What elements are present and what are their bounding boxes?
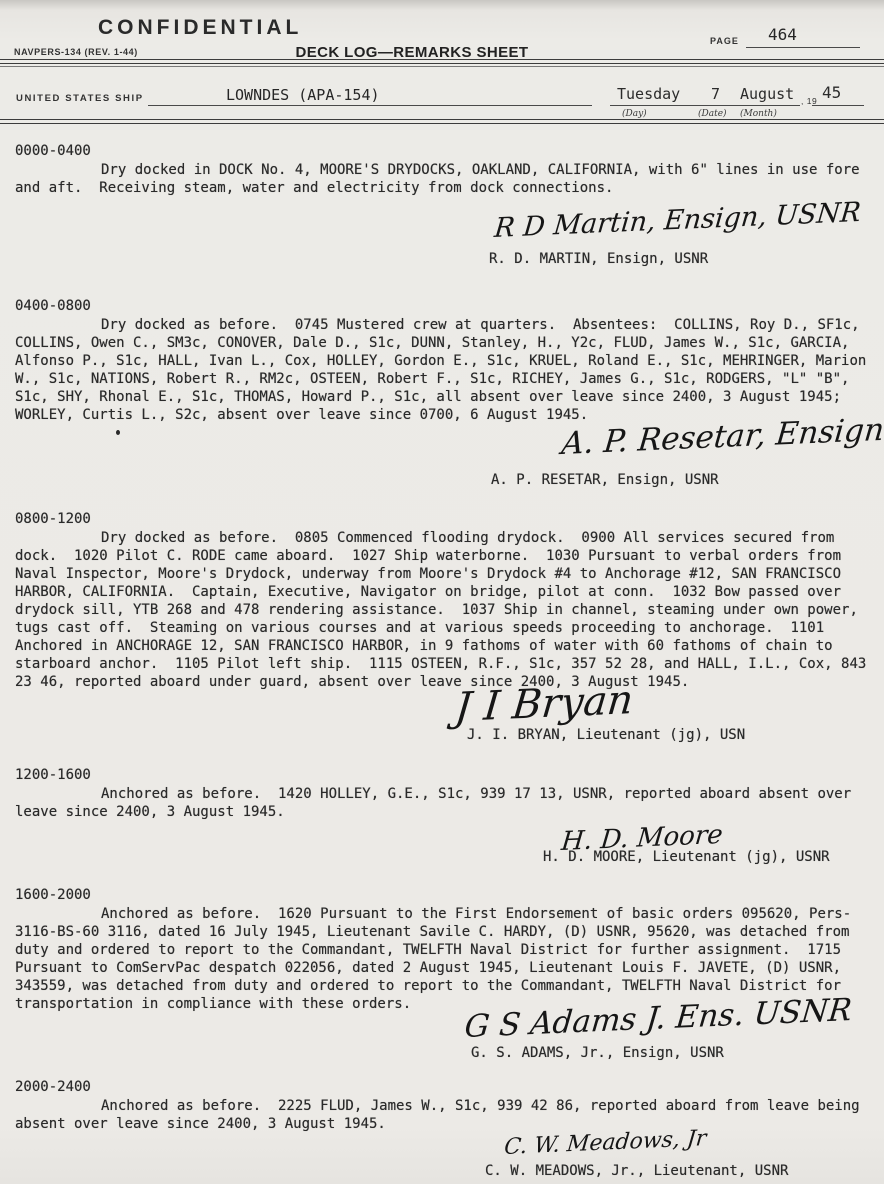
signature-block: A. P. Resetar, Ensign U.S.N.R. A. P. RES… — [15, 424, 871, 504]
date-number: 7 — [711, 85, 720, 103]
date-month: August — [740, 85, 794, 103]
deck-log-remarks-sheet: CONFIDENTIAL PAGE 464 NAVPERS-134 (REV. … — [0, 0, 884, 1184]
date-underline — [610, 105, 800, 106]
signature-block: J I Bryan J. I. BRYAN, Lieutenant (jg), … — [15, 691, 871, 766]
year-underline — [812, 105, 864, 106]
entry-body: Anchored as before. 1420 HOLLEY, G.E., S… — [15, 785, 871, 821]
signature-typed: H. D. MOORE, Lieutenant (jg), USNR — [543, 849, 830, 865]
entry-body: Dry docked as before. 0745 Mustered crew… — [15, 316, 871, 424]
signature-typed: R. D. MARTIN, Ensign, USNR — [489, 251, 708, 267]
signature-typed: G. S. ADAMS, Jr., Ensign, USNR — [471, 1045, 724, 1061]
log-entry-2000-2400: 2000-2400 Anchored as before. 2225 FLUD,… — [15, 1078, 871, 1184]
ship-name: LOWNDES (APA-154) — [226, 86, 380, 104]
signature-handwritten: R D Martin, Ensign, USNR — [493, 197, 862, 244]
header-bottom-rule — [0, 119, 884, 120]
signature-block: H. D. Moore H. D. MOORE, Lieutenant (jg)… — [15, 821, 871, 886]
log-entry-1200-1600: 1200-1600 Anchored as before. 1420 HOLLE… — [15, 766, 871, 886]
log-entries: 0000-0400 Dry docked in DOCK No. 4, MOOR… — [15, 142, 871, 1184]
header-bottom-rule — [0, 123, 884, 124]
ship-label: UNITED STATES SHIP — [16, 93, 144, 104]
signature-block: C. W. Meadows, Jr C. W. MEADOWS, Jr., Li… — [15, 1133, 871, 1184]
signature-typed: J. I. BRYAN, Lieutenant (jg), USN — [467, 727, 745, 743]
header-rule — [0, 66, 884, 67]
header-rule — [0, 59, 884, 60]
header-rule — [0, 63, 884, 64]
log-entry-0800-1200: 0800-1200 Dry docked as before. 0805 Com… — [15, 510, 871, 766]
log-entry-0000-0400: 0000-0400 Dry docked in DOCK No. 4, MOOR… — [15, 142, 871, 285]
entry-body: Anchored as before. 2225 FLUD, James W.,… — [15, 1097, 871, 1133]
signature-block: R D Martin, Ensign, USNR R. D. MARTIN, E… — [15, 197, 871, 285]
entry-time-range: 0400-0800 — [15, 297, 871, 316]
signature-block: G S Adams J. Ens. USNR G. S. ADAMS, Jr.,… — [15, 1013, 871, 1078]
entry-time-range: 0800-1200 — [15, 510, 871, 529]
entry-time-range: 2000-2400 — [15, 1078, 871, 1097]
ink-dot-mark — [116, 430, 120, 435]
ship-name-underline — [148, 105, 592, 106]
signature-typed: A. P. RESETAR, Ensign, USNR — [491, 472, 719, 488]
entry-body: Dry docked in DOCK No. 4, MOORE'S DRYDOC… — [15, 161, 871, 197]
entry-time-range: 0000-0400 — [15, 142, 871, 161]
date-label: (Date) — [698, 109, 727, 119]
date-day: Tuesday — [617, 85, 680, 103]
classification-stamp: CONFIDENTIAL — [98, 16, 302, 40]
entry-body: Dry docked as before. 0805 Commenced flo… — [15, 529, 871, 691]
date-year: 45 — [822, 83, 841, 102]
page-number: 464 — [768, 25, 797, 44]
entry-time-range: 1200-1600 — [15, 766, 871, 785]
month-label: (Month) — [740, 109, 777, 119]
signature-handwritten: J I Bryan — [453, 677, 635, 731]
log-entry-1600-2000: 1600-2000 Anchored as before. 1620 Pursu… — [15, 886, 871, 1078]
signature-typed: C. W. MEADOWS, Jr., Lieutenant, USNR — [485, 1163, 788, 1179]
day-label: (Day) — [622, 109, 647, 119]
log-entry-0400-0800: 0400-0800 Dry docked as before. 0745 Mus… — [15, 297, 871, 504]
entry-time-range: 1600-2000 — [15, 886, 871, 905]
